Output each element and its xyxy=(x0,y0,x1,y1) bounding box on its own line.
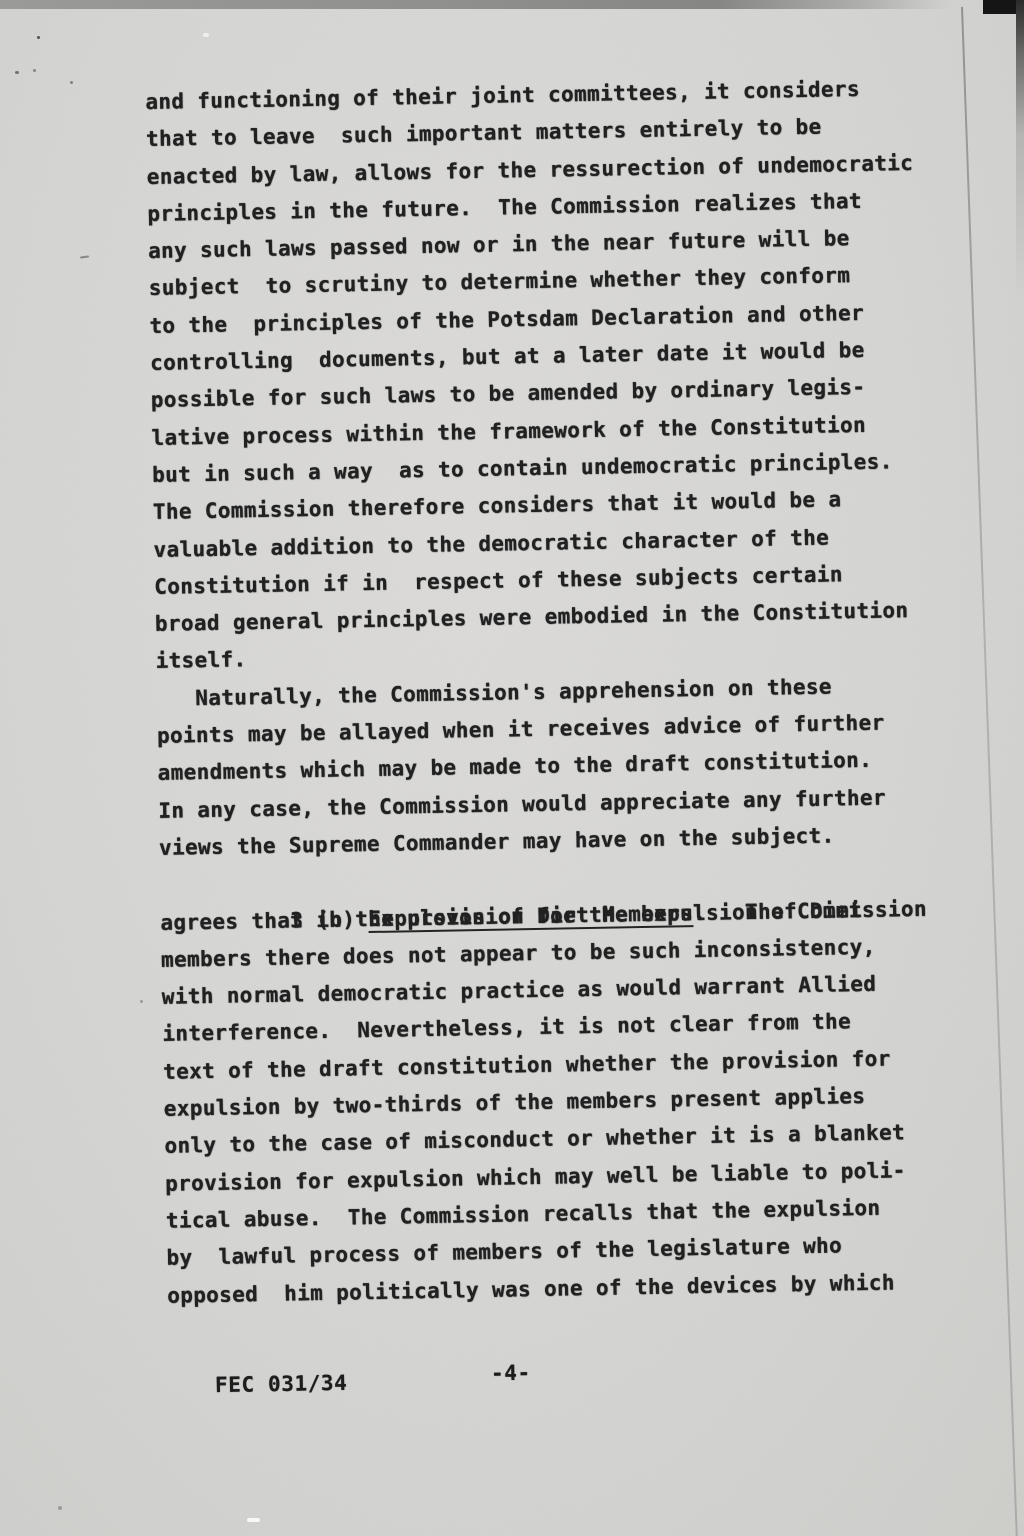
scanner-edge-bar xyxy=(0,0,1024,9)
paper-crease-line xyxy=(961,7,1018,1536)
ink-speck xyxy=(70,81,73,84)
footer-doc-number: FEC 031/34 xyxy=(215,1371,348,1397)
ink-speck xyxy=(15,71,19,74)
footer-page-number: -4- xyxy=(491,1361,531,1386)
ink-speck xyxy=(58,1506,62,1510)
scanned-document-page: and functioning of their joint committee… xyxy=(0,0,1024,1536)
ink-speck xyxy=(33,69,36,72)
ink-speck xyxy=(37,36,40,39)
scanner-right-edge-shadow xyxy=(1016,0,1024,300)
ink-speck xyxy=(140,1000,143,1003)
paper-fleck xyxy=(203,33,209,37)
ink-speck xyxy=(80,255,89,258)
paper-fleck xyxy=(247,1518,260,1522)
typewritten-text-block: and functioning of their joint committee… xyxy=(145,70,957,1315)
